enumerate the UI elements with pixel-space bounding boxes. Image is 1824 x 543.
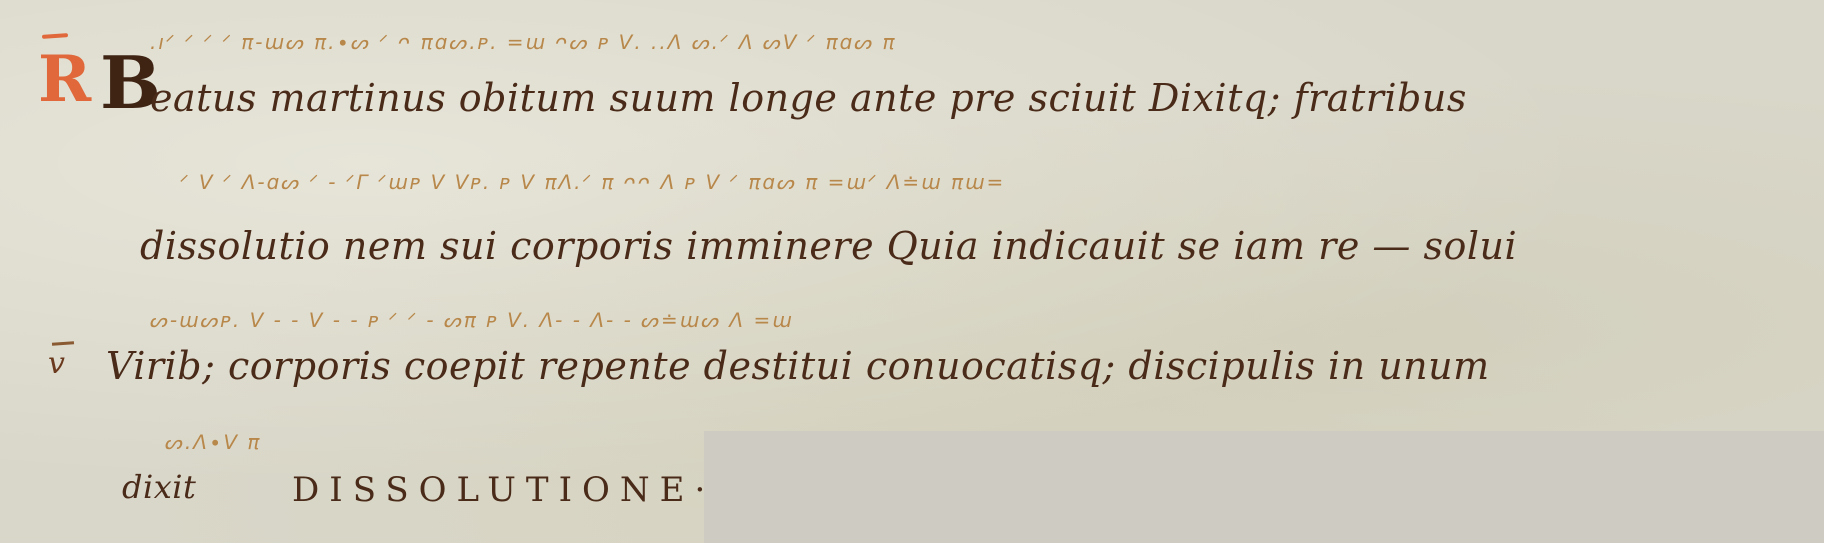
neume-line-4: ᔕ.ᐱ∙ᐯ π — [165, 430, 261, 454]
neume-line-1: .ıᐟ ᐟ ᐟ ᐟ π-ɯᔕ π.∙ᔕ ᐟ ᴖ πɑᔕ.ᴘ. =ɯ ᴖᔕ ᴘ ᐯ… — [150, 30, 897, 54]
rubric-abbreviation-bar — [42, 33, 68, 39]
neume-line-2: ᐟ ᐯ ᐟ ᐱ-ɑᔕ ᐟ - ᐟᒥ ᐟɯᴘ ᐯ ᐯᴘ. ᴘ ᐯ πᐱ.ᐟ π ᴖ… — [180, 170, 1005, 194]
text-line-2: dissolutio nem sui corporis imminere Qui… — [140, 224, 1517, 268]
blank-masked-region — [704, 431, 1824, 543]
text-line-1: eatus martinus obitum suum longe ante pr… — [150, 76, 1467, 120]
text-line-3: Virib; corporis coepit repente destitui … — [106, 344, 1490, 388]
versus-marker: v — [48, 346, 65, 381]
text-line-4-dissolutione: DISSOLUTIONE· — [292, 470, 715, 510]
text-line-4-dixit: dixit — [122, 468, 196, 506]
rubric-responsory-marker: R — [38, 42, 91, 117]
neume-line-3: ᔕ-ɯᔕᴘ. ᐯ - - ᐯ - - ᴘ ᐟ ᐟ - ᔕπ ᴘ ᐯ. ᐱ- - … — [150, 308, 794, 332]
manuscript-page: R B .ıᐟ ᐟ ᐟ ᐟ π-ɯᔕ π.∙ᔕ ᐟ ᴖ πɑᔕ.ᴘ. =ɯ ᴖᔕ… — [0, 0, 1824, 543]
